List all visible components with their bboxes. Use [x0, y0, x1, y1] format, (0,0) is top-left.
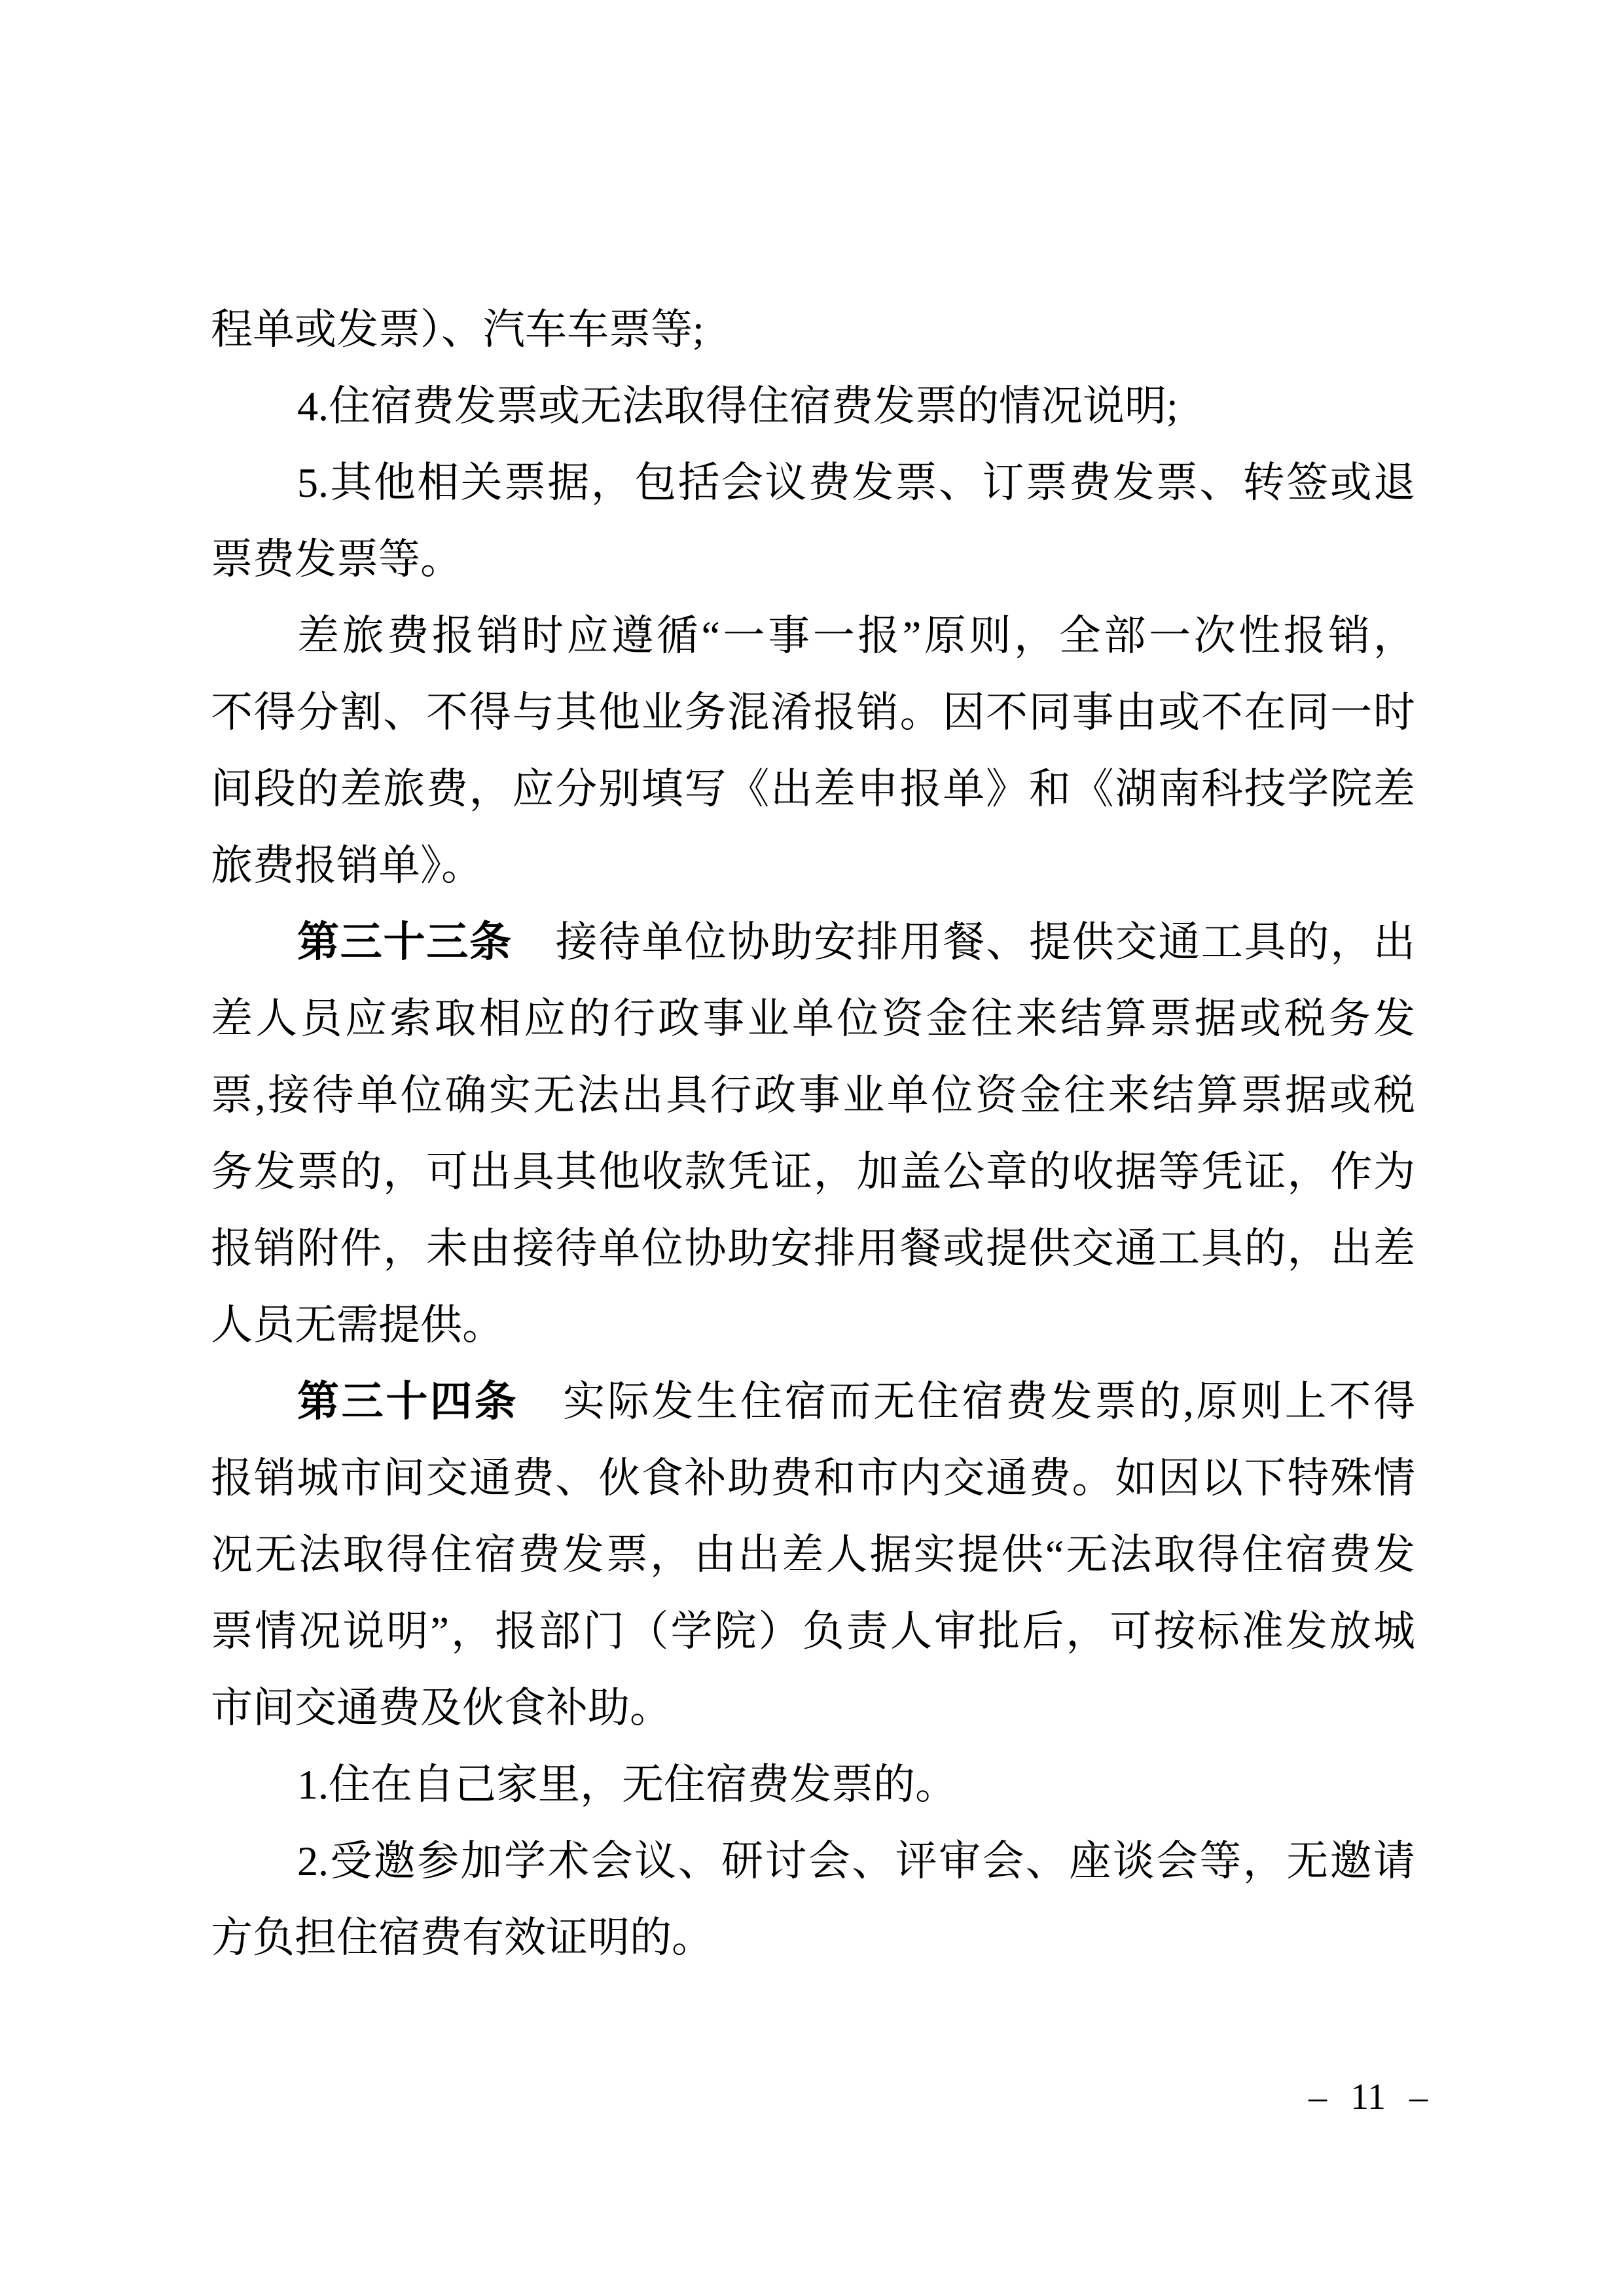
- text-line: 差旅费报销时应遵循“一事一报”原则，全部一次性报销，: [211, 598, 1415, 674]
- text-line: 务发票的，可出具其他收款凭证，加盖公章的收据等凭证，作为: [211, 1134, 1415, 1210]
- text-line: 5.其他相关票据，包括会议费发票、订票费发票、转签或退: [211, 444, 1415, 521]
- text-run: 不得分割、不得与其他业务混淆报销。因不同事由或不在同一时: [211, 689, 1415, 736]
- text-run: 差旅费报销时应遵循“一事一报”原则，全部一次性报销，: [297, 613, 1415, 659]
- text-line: 票,接待单位确实无法出具行政事业单位资金往来结算票据或税: [211, 1057, 1415, 1134]
- text-run: 况无法取得住宿费发票，由出差人据实提供“无法取得住宿费发: [211, 1532, 1415, 1578]
- text-line: 人员无需提供。: [211, 1287, 1415, 1363]
- text-run: 程单或发票）、汽车车票等;: [211, 306, 704, 353]
- article-number: 第三十四条: [297, 1378, 518, 1425]
- text-run: 1.住在自己家里，无住宿费发票的。: [297, 1761, 957, 1808]
- text-line: 1.住在自己家里，无住宿费发票的。: [211, 1746, 1415, 1823]
- text-line: 程单或发票）、汽车车票等;: [211, 291, 1415, 368]
- text-line: 票情况说明”，报部门（学院）负责人审批后，可按标准发放城: [211, 1593, 1415, 1670]
- text-run: 票,接待单位确实无法出具行政事业单位资金往来结算票据或税: [211, 1072, 1415, 1119]
- document-body: 程单或发票）、汽车车票等;4.住宿费发票或无法取得住宿费发票的情况说明;5.其他…: [211, 291, 1415, 1976]
- text-run: 差人员应索取相应的行政事业单位资金往来结算票据或税务发: [211, 996, 1415, 1042]
- text-run: 间段的差旅费，应分别填写《出差申报单》和《湖南科技学院差: [211, 766, 1415, 812]
- text-run: 实际发生住宿而无住宿费发票的,原则上不得: [518, 1378, 1415, 1425]
- document-page: 程单或发票）、汽车车票等;4.住宿费发票或无法取得住宿费发票的情况说明;5.其他…: [0, 0, 1624, 2296]
- text-run: 报销城市间交通费、伙食补助费和市内交通费。如因以下特殊情: [211, 1455, 1415, 1501]
- text-run: 市间交通费及伙食补助。: [211, 1685, 672, 1731]
- text-run: 4.住宿费发票或无法取得住宿费发票的情况说明;: [297, 383, 1178, 429]
- text-run: 方负担住宿费有效证明的。: [211, 1914, 713, 1961]
- article-number: 第三十三条: [297, 919, 513, 965]
- text-run: 务发票的，可出具其他收款凭证，加盖公章的收据等凭证，作为: [211, 1149, 1415, 1195]
- page-number: – 11 –: [1308, 2076, 1428, 2118]
- text-line: 2.受邀参加学术会议、研讨会、评审会、座谈会等，无邀请: [211, 1823, 1415, 1899]
- text-run: 2.受邀参加学术会议、研讨会、评审会、座谈会等，无邀请: [297, 1838, 1415, 1884]
- text-run: 人员无需提供。: [211, 1302, 504, 1348]
- text-line: 报销城市间交通费、伙食补助费和市内交通费。如因以下特殊情: [211, 1440, 1415, 1516]
- text-line: 第三十三条 接待单位协助安排用餐、提供交通工具的，出: [211, 904, 1415, 980]
- text-run: 票费发票等。: [211, 536, 462, 583]
- text-line: 第三十四条 实际发生住宿而无住宿费发票的,原则上不得: [211, 1363, 1415, 1440]
- text-line: 4.住宿费发票或无法取得住宿费发票的情况说明;: [211, 368, 1415, 444]
- text-line: 方负担住宿费有效证明的。: [211, 1899, 1415, 1976]
- text-line: 旅费报销单》。: [211, 827, 1415, 904]
- text-line: 不得分割、不得与其他业务混淆报销。因不同事由或不在同一时: [211, 674, 1415, 751]
- text-run: 旅费报销单》。: [211, 842, 483, 889]
- text-line: 差人员应索取相应的行政事业单位资金往来结算票据或税务发: [211, 980, 1415, 1057]
- text-line: 报销附件，未由接待单位协助安排用餐或提供交通工具的，出差: [211, 1210, 1415, 1287]
- text-run: 5.其他相关票据，包括会议费发票、订票费发票、转签或退: [297, 459, 1415, 506]
- text-line: 间段的差旅费，应分别填写《出差申报单》和《湖南科技学院差: [211, 751, 1415, 827]
- text-run: 票情况说明”，报部门（学院）负责人审批后，可按标准发放城: [211, 1608, 1415, 1655]
- text-run: 报销附件，未由接待单位协助安排用餐或提供交通工具的，出差: [211, 1225, 1415, 1272]
- text-run: 接待单位协助安排用餐、提供交通工具的，出: [513, 919, 1415, 965]
- text-line: 票费发票等。: [211, 521, 1415, 598]
- text-line: 况无法取得住宿费发票，由出差人据实提供“无法取得住宿费发: [211, 1516, 1415, 1593]
- text-line: 市间交通费及伙食补助。: [211, 1670, 1415, 1746]
